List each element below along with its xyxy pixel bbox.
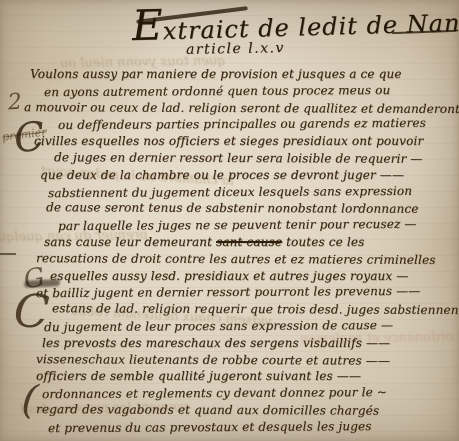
manuscript-line: du jugement de leur proces sans expressi… [0, 317, 459, 337]
manuscript-line: les prevosts des mareschaux des sergens … [0, 335, 459, 352]
manuscript-line: esquelles aussy lesd. presidiaux et autr… [0, 268, 459, 285]
line-text: toutes ce les [282, 235, 364, 249]
page-title: Extraict de ledit de Nantes [132, 1, 459, 47]
manuscript-line: en ayons autrement ordonné quen tous pro… [0, 81, 459, 101]
manuscript-line: par laquelle les juges ne se peuvent ten… [0, 216, 459, 236]
manuscript-line: ou deffendeurs parties principalles ou g… [0, 115, 459, 135]
manuscript-line: regard des vagabonds et quand aux domici… [0, 401, 459, 420]
manuscript-line-cutoff: et prevenus du cas prevostaux et desquel… [0, 417, 459, 437]
manuscript-line: recusations de droit contre les autres e… [0, 250, 459, 269]
struck-out-words: sant cause [216, 235, 282, 249]
line-text: sans cause leur demeurant [44, 235, 216, 249]
manuscript-line: officiers de semble quallité jugeront su… [0, 368, 459, 385]
manuscript-line: de juges en dernier ressort leur sera lo… [0, 149, 459, 168]
manuscript-page: quen tous yvonn nieul ou la chambre ou l… [0, 0, 459, 441]
manuscript-line: Voulons aussy par maniere de provision e… [0, 66, 459, 83]
manuscript-body: Voulons aussy par maniere de provision e… [0, 66, 459, 436]
article-subtitle: article l.x.v [186, 40, 285, 58]
manuscript-line: civilles esquelles nos officiers et sieg… [0, 133, 459, 150]
manuscript-line: visseneschaux lieutenants de robbe court… [0, 351, 459, 370]
manuscript-line: que deux de la chambre ou le proces se d… [0, 167, 459, 184]
manuscript-line-with-strikeout: sans cause leur demeurant sant cause tou… [0, 234, 459, 251]
